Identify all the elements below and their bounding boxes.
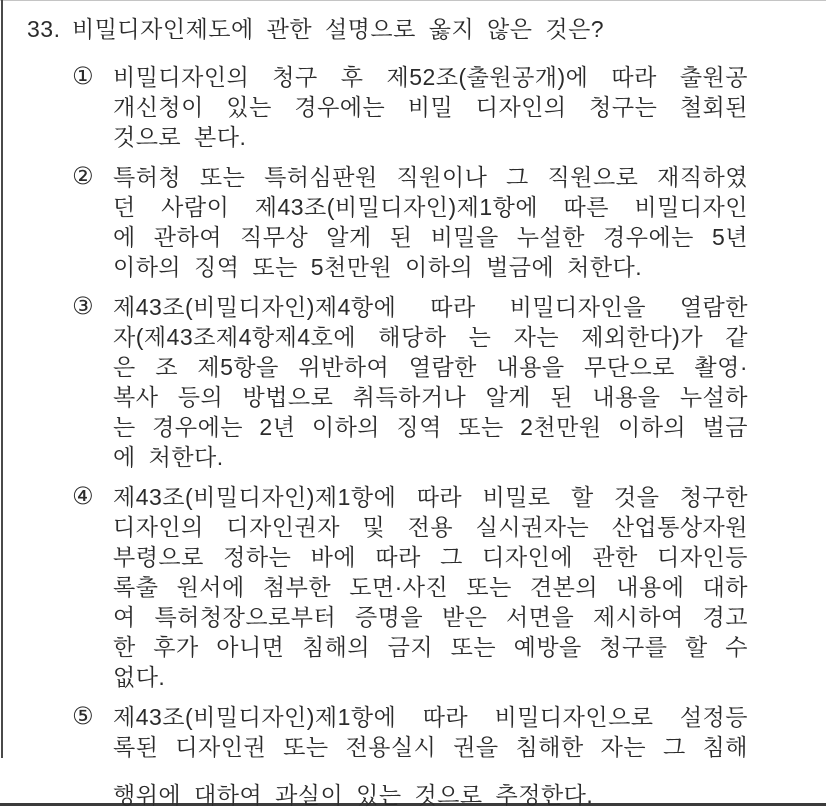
option-item-5: ⑤ 제43조(비밀디자인)제1항에 따라 비밀디자인으로 설정등 록된 디자인권… xyxy=(72,702,787,807)
option-line: 제43조(비밀디자인)제1항에 따라 비밀디자인으로 설정등 xyxy=(113,702,748,732)
option-text-4: 제43조(비밀디자인)제1항에 따라 비밀로 할 것을 청구한 디자인의 디자인… xyxy=(113,482,748,692)
option-line: 에 처한다. xyxy=(113,442,748,472)
option-item-4: ④ 제43조(비밀디자인)제1항에 따라 비밀로 할 것을 청구한 디자인의 디… xyxy=(72,482,787,692)
options-list: ① 비밀디자인의 청구 후 제52조(출원공개)에 따라 출원공 개신청이 있는… xyxy=(72,62,787,807)
question-number: 33. xyxy=(27,14,72,44)
option-line: 록출 원서에 첨부한 도면·사진 또는 견본의 내용에 대하 xyxy=(113,572,748,602)
option-line: 에 관하여 직무상 알게 된 비밀을 누설한 경우에는 5년 xyxy=(113,222,748,252)
option-text-2: 특허청 또는 특허심판원 직원이나 그 직원으로 재직하였 던 사람이 제43조… xyxy=(113,162,748,282)
option-line: 여 특허청장으로부터 증명을 받은 서면을 제시하여 경고 xyxy=(113,602,748,632)
option-text-1: 비밀디자인의 청구 후 제52조(출원공개)에 따라 출원공 개신청이 있는 경… xyxy=(113,62,748,152)
page-left-border xyxy=(1,0,3,758)
page-top-border xyxy=(0,0,826,1)
option-line: 행위에 대하여 과실이 있는 것으로 추정한다. xyxy=(113,780,748,807)
option-line: 자(제43조제4항제4호에 해당하 는 자는 제외한다)가 같 xyxy=(113,322,748,352)
question-block: 33. 비밀디자인제도에 관한 설명으로 옳지 않은 것은? ① 비밀디자인의 … xyxy=(27,14,787,807)
option-item-2: ② 특허청 또는 특허심판원 직원이나 그 직원으로 재직하였 던 사람이 제4… xyxy=(72,162,787,282)
option-line: 복사 등의 방법으로 취득하거나 알게 된 내용을 누설하 xyxy=(113,382,748,412)
option-line: 개신청이 있는 경우에는 비밀 디자인의 청구는 철회된 xyxy=(113,92,748,122)
option-line: 은 조 제5항을 위반하여 열람한 내용을 무단으로 촬영· xyxy=(113,352,748,382)
option-line: 던 사람이 제43조(비밀디자인)제1항에 따른 비밀디자인 xyxy=(113,192,748,222)
option-line: 록된 디자인권 또는 전용실시 권을 침해한 자는 그 침해 xyxy=(113,732,748,762)
question-title: 비밀디자인제도에 관한 설명으로 옳지 않은 것은? xyxy=(72,14,787,44)
option-line: 특허청 또는 특허심판원 직원이나 그 직원으로 재직하였 xyxy=(113,162,748,192)
option-text-3: 제43조(비밀디자인)제4항에 따라 비밀디자인을 열람한 자(제43조제4항제… xyxy=(113,292,748,472)
option-line: 제43조(비밀디자인)제1항에 따라 비밀로 할 것을 청구한 xyxy=(113,482,748,512)
option-text-5: 제43조(비밀디자인)제1항에 따라 비밀디자인으로 설정등 록된 디자인권 또… xyxy=(113,702,748,807)
question-row: 33. 비밀디자인제도에 관한 설명으로 옳지 않은 것은? xyxy=(27,14,787,44)
option-item-1: ① 비밀디자인의 청구 후 제52조(출원공개)에 따라 출원공 개신청이 있는… xyxy=(72,62,787,152)
option-line: 비밀디자인의 청구 후 제52조(출원공개)에 따라 출원공 xyxy=(113,62,748,92)
exam-page: 33. 비밀디자인제도에 관한 설명으로 옳지 않은 것은? ① 비밀디자인의 … xyxy=(0,0,826,807)
option-line: 는 경우에는 2년 이하의 징역 또는 2천만원 이하의 벌금 xyxy=(113,412,748,442)
option-line: 부령으로 정하는 바에 따라 그 디자인에 관한 디자인등 xyxy=(113,542,748,572)
option-marker-3: ③ xyxy=(72,292,113,322)
option-line: 것으로 본다. xyxy=(113,122,748,152)
option-line: 없다. xyxy=(113,662,748,692)
option-line: 디자인의 디자인권자 및 전용 실시권자는 산업통상자원 xyxy=(113,512,748,542)
option-marker-2: ② xyxy=(72,162,113,192)
option-marker-1: ① xyxy=(72,62,113,92)
option-line: 제43조(비밀디자인)제4항에 따라 비밀디자인을 열람한 xyxy=(113,292,748,322)
option-marker-5: ⑤ xyxy=(72,702,113,732)
option-marker-4: ④ xyxy=(72,482,113,512)
option-line: 한 후가 아니면 침해의 금지 또는 예방을 청구를 할 수 xyxy=(113,632,748,662)
option-line: 이하의 징역 또는 5천만원 이하의 벌금에 처한다. xyxy=(113,252,748,282)
option-item-3: ③ 제43조(비밀디자인)제4항에 따라 비밀디자인을 열람한 자(제43조제4… xyxy=(72,292,787,472)
